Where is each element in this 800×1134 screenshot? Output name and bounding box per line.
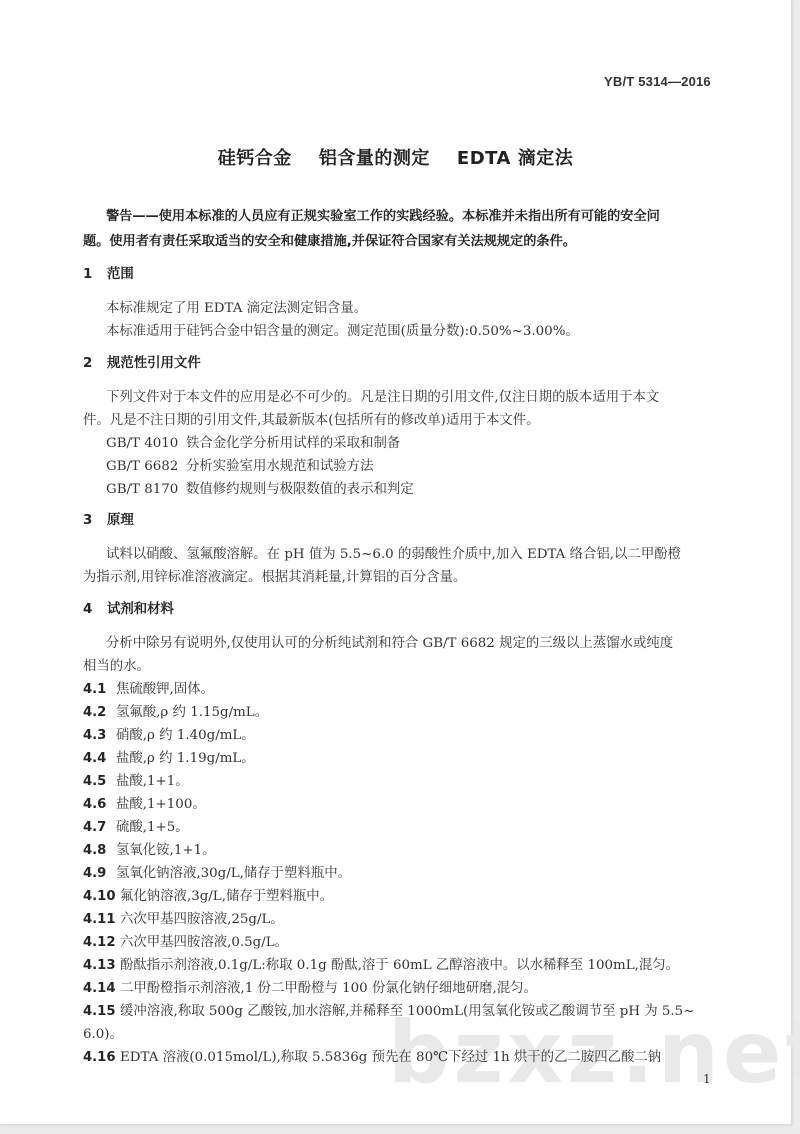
- reference-code: GB/T 6682: [106, 459, 186, 474]
- reference-title: 数值修约规则与极限数值的表示和判定: [186, 482, 414, 497]
- item-text: 焦硫酸钾,固体。: [116, 682, 214, 697]
- item-text: 酚酞指示剂溶液,0.1g/L:称取 0.1g 酚酞,溶于 60mL 乙醇溶液中。…: [120, 958, 679, 973]
- item-text: 六次甲基四胺溶液,25g/L。: [120, 912, 284, 927]
- reagent-item: 4.11六次甲基四胺溶液,25g/L。: [83, 908, 284, 927]
- section-2-heading: 2规范性引用文件: [83, 352, 201, 371]
- item-number: 4.6: [83, 797, 116, 812]
- section-number: 3: [83, 513, 107, 528]
- item-text: 缓冲溶液,称取 500g 乙酸铵,加水溶解,并稀释至 1000mL(用氢氧化铵或…: [120, 1004, 694, 1019]
- section-title: 试剂和材料: [107, 602, 174, 617]
- item-number: 4.7: [83, 820, 116, 835]
- item-number: 4.12: [83, 935, 120, 950]
- item-text: 盐酸,1+1。: [116, 774, 189, 789]
- warning-line-2: 题。使用者有责任采取适当的安全和健康措施,并保证符合国家有关法规规定的条件。: [83, 230, 576, 249]
- section-title: 原理: [107, 513, 134, 528]
- reagent-item: 4.5盐酸,1+1。: [83, 770, 189, 789]
- reagent-item: 4.10氟化钠溶液,3g/L,储存于塑料瓶中。: [83, 885, 333, 904]
- refs-intro-line-1: 下列文件对于本文件的应用是必不可少的。凡是注日期的引用文件,仅注日期的版本适用于…: [106, 386, 659, 405]
- item-text: EDTA 溶液(0.015mol/L),称取 5.5836g 预先在 80℃下经…: [120, 1050, 661, 1065]
- item-number: 4.15: [83, 1004, 120, 1019]
- item-number: 4.13: [83, 958, 120, 973]
- item-text: 氢氟酸,ρ 约 1.15g/mL。: [116, 705, 268, 720]
- page-content: YB/T 5314—2016 硅钙合金 铝含量的测定 EDTA 滴定法 警告——…: [0, 0, 791, 1124]
- reagent-item: 4.1焦硫酸钾,固体。: [83, 678, 214, 697]
- reagent-item: 4.14二甲酚橙指示剂溶液,1 份二甲酚橙与 100 份氯化钠仔细地研磨,混匀。: [83, 977, 537, 996]
- document-title: 硅钙合金 铝含量的测定 EDTA 滴定法: [0, 144, 791, 170]
- reagent-item: 4.8氢氧化铵,1+1。: [83, 839, 215, 858]
- principle-line-2: 为指示剂,用锌标准溶液滴定。根据其消耗量,计算铝的百分含量。: [83, 566, 466, 585]
- reagent-item: 4.12六次甲基四胺溶液,0.5g/L。: [83, 931, 288, 950]
- item-number: 4.4: [83, 751, 116, 766]
- reagent-item: 4.7硫酸,1+5。: [83, 816, 189, 835]
- reagents-intro-line-2: 相当的水。: [83, 655, 150, 674]
- item-text: 盐酸,1+100。: [116, 797, 206, 812]
- section-title: 规范性引用文件: [107, 356, 201, 371]
- item-number: 4.1: [83, 682, 116, 697]
- document-page: bzxz.net YB/T 5314—2016 硅钙合金 铝含量的测定 EDTA…: [0, 0, 792, 1125]
- item-number: 4.2: [83, 705, 116, 720]
- reagents-intro-line-1: 分析中除另有说明外,仅使用认可的分析纯试剂和符合 GB/T 6682 规定的三级…: [106, 632, 673, 651]
- reagent-item: 4.15缓冲溶液,称取 500g 乙酸铵,加水溶解,并稀释至 1000mL(用氢…: [83, 1000, 694, 1019]
- section-4-heading: 4试剂和材料: [83, 598, 174, 617]
- section-3-heading: 3原理: [83, 509, 134, 528]
- reagent-item: 4.16EDTA 溶液(0.015mol/L),称取 5.5836g 预先在 8…: [83, 1046, 661, 1065]
- section-number: 1: [83, 267, 107, 282]
- item-text: 二甲酚橙指示剂溶液,1 份二甲酚橙与 100 份氯化钠仔细地研磨,混匀。: [120, 981, 537, 996]
- refs-intro-line-2: 件。凡是不注日期的引用文件,其最新版本(包括所有的修改单)适用于本文件。: [83, 409, 540, 428]
- warning-line-1: 警告——使用本标准的人员应有正规实验室工作的实践经验。本标准并未指出所有可能的安…: [106, 205, 660, 224]
- item-number: 4.3: [83, 728, 116, 743]
- item-number: 4.5: [83, 774, 116, 789]
- reagent-item-continuation: 6.0)。: [83, 1023, 123, 1042]
- reagent-item: 4.6盐酸,1+100。: [83, 793, 206, 812]
- section-number: 4: [83, 602, 107, 617]
- item-text: 氢氧化铵,1+1。: [116, 843, 215, 858]
- reagent-item: 4.2氢氟酸,ρ 约 1.15g/mL。: [83, 701, 268, 720]
- section-title: 范围: [107, 267, 134, 282]
- reagent-item: 4.13酚酞指示剂溶液,0.1g/L:称取 0.1g 酚酞,溶于 60mL 乙醇…: [83, 954, 679, 973]
- item-number: 4.14: [83, 981, 120, 996]
- item-text: 硝酸,ρ 约 1.40g/mL。: [116, 728, 255, 743]
- scope-para-2: 本标准适用于硅钙合金中铝含量的测定。测定范围(质量分数):0.50%~3.00%…: [106, 320, 579, 339]
- item-number: 4.11: [83, 912, 120, 927]
- reference-code: GB/T 8170: [106, 482, 186, 497]
- section-1-heading: 1范围: [83, 263, 134, 282]
- item-text: 氟化钠溶液,3g/L,储存于塑料瓶中。: [120, 889, 333, 904]
- section-number: 2: [83, 356, 107, 371]
- reference-item: GB/T 6682分析实验室用水规范和试验方法: [106, 455, 373, 474]
- reference-title: 铁合金化学分析用试样的采取和制备: [186, 436, 400, 451]
- standard-code: YB/T 5314—2016: [604, 74, 711, 89]
- item-text: 六次甲基四胺溶液,0.5g/L。: [120, 935, 288, 950]
- item-number: 4.16: [83, 1050, 120, 1065]
- page-number: 1: [703, 1072, 711, 1086]
- item-text: 硫酸,1+5。: [116, 820, 189, 835]
- reference-title: 分析实验室用水规范和试验方法: [186, 459, 373, 474]
- reference-item: GB/T 8170数值修约规则与极限数值的表示和判定: [106, 478, 414, 497]
- item-number: 4.10: [83, 889, 120, 904]
- reference-item: GB/T 4010铁合金化学分析用试样的采取和制备: [106, 432, 400, 451]
- item-text: 盐酸,ρ 约 1.19g/mL。: [116, 751, 255, 766]
- item-number: 4.8: [83, 843, 116, 858]
- reference-code: GB/T 4010: [106, 436, 186, 451]
- scope-para-1: 本标准规定了用 EDTA 滴定法测定铝含量。: [106, 297, 367, 316]
- reagent-item: 4.3硝酸,ρ 约 1.40g/mL。: [83, 724, 255, 743]
- reagent-item: 4.9氢氧化钠溶液,30g/L,储存于塑料瓶中。: [83, 862, 351, 881]
- item-text: 氢氧化钠溶液,30g/L,储存于塑料瓶中。: [116, 866, 351, 881]
- item-number: 4.9: [83, 866, 116, 881]
- reagent-item: 4.4盐酸,ρ 约 1.19g/mL。: [83, 747, 255, 766]
- principle-line-1: 试料以硝酸、氢氟酸溶解。在 pH 值为 5.5~6.0 的弱酸性介质中,加入 E…: [106, 543, 681, 562]
